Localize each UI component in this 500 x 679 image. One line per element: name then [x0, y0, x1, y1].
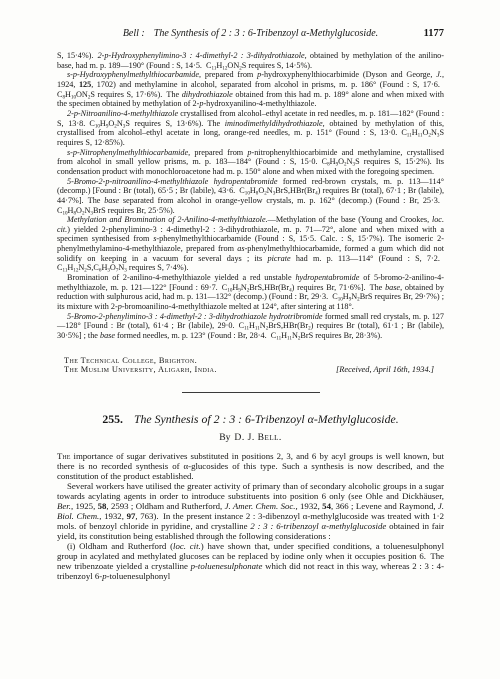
paragraph: Bromination of 2-anilino-4-methylthiazol… — [57, 273, 444, 312]
paragraph: s-p-Hydroxyphenylmethylthiocarbamide, pr… — [57, 70, 444, 109]
paragraph: S, 15·4%). 2-p-Hydroxyphenylimino-3 : 4-… — [57, 51, 444, 70]
paragraph: s-p-Nitrophenylmethylthiocarbamide, prep… — [57, 148, 444, 177]
paragraph: 5-Bromo-2-p-nitroanilino-4-methylthiazol… — [57, 177, 444, 216]
byline: ByD. J. Bell. — [57, 432, 444, 443]
journal-page: Bell :The Synthesis of 2 : 3 : 6-Tribenz… — [0, 0, 500, 679]
byline-prefix: By — [219, 432, 230, 443]
address-line: The Technical College, Brighton. — [57, 356, 444, 366]
running-header-title: The Synthesis of 2 : 3 : 6-Tribenzoyl α-… — [154, 28, 378, 39]
paragraph: Methylation and Bromination of 2-Anilino… — [57, 215, 444, 273]
article-heading: 255.The Synthesis of 2 : 3 : 6-Tribenzoy… — [57, 413, 444, 426]
paragraph: Several workers have utilised the greate… — [57, 481, 444, 541]
paragraph: 2-p-Nitroanilino-4-methylthiazole crysta… — [57, 109, 444, 148]
article-body: The importance of sugar derivatives subs… — [57, 451, 444, 581]
running-header-author: Bell : — [123, 28, 145, 39]
experimental-section: S, 15·4%). 2-p-Hydroxyphenylimino-3 : 4-… — [57, 51, 444, 341]
paragraph: The importance of sugar derivatives subs… — [57, 451, 444, 481]
address-line: The Muslim University, Aligarh, India. — [57, 365, 217, 375]
author-addresses: The Technical College, Brighton. The Mus… — [57, 356, 444, 375]
article-title-text: The Synthesis of 2 : 3 : 6-Tribenzoyl α-… — [134, 412, 399, 426]
author-name: D. J. Bell. — [234, 432, 281, 443]
received-date: [Received, April 16th, 1934.] — [336, 365, 444, 375]
article-number: 255. — [102, 412, 123, 426]
running-header: Bell :The Synthesis of 2 : 3 : 6-Tribenz… — [57, 28, 444, 39]
paragraph: 5-Bromo-2-phenylimino-3 : 4-dimethyl-2 :… — [57, 312, 444, 341]
section-divider — [182, 392, 320, 393]
address-row: The Muslim University, Aligarh, India. [… — [57, 365, 444, 375]
page-number: 1177 — [424, 28, 444, 39]
paragraph: (i) Oldham and Rutherford (loc. cit.) ha… — [57, 541, 444, 581]
